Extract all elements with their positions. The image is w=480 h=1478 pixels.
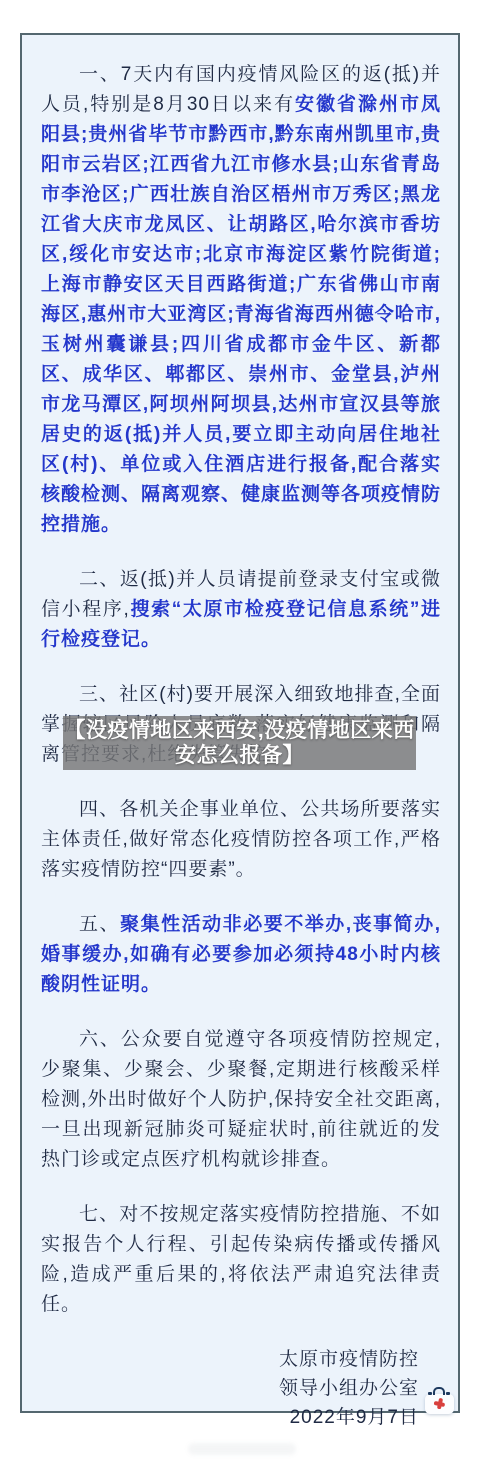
- signature-org-line2: 领导小组办公室: [41, 1374, 419, 1403]
- paragraph-7: 七、对不按规定落实疫情防控措施、不如实报告个人行程、引起传染病传播或传播风险,造…: [41, 1200, 441, 1320]
- signature-org-line1: 太原市疫情防控: [41, 1345, 419, 1374]
- red-cross-icon: [433, 1397, 446, 1410]
- signature-block: 太原市疫情防控 领导小组办公室 2022年9月7日: [41, 1345, 441, 1432]
- paragraph-2: 二、返(抵)并人员请提前登录支付宝或微信小程序,搜索“太原市检疫登记信息系统”进…: [41, 565, 441, 655]
- signature-date: 2022年9月7日: [41, 1403, 419, 1432]
- first-aid-kit-handle: [433, 1387, 445, 1395]
- paragraph-6-text: 六、公众要自觉遵守各项疫情防控规定,少聚集、少聚会、少聚餐,定期进行核酸采样检测…: [41, 1029, 441, 1170]
- caption-overlay: 【没疫情地区来西安,没疫情地区来西安怎么报备】: [63, 716, 416, 770]
- first-aid-kit-icon: [425, 1386, 455, 1414]
- paragraph-5: 五、聚集性活动非必要不举办,丧事简办,婚事缓办,如确有必要参加必须持48小时内核…: [41, 910, 441, 1000]
- caption-overlay-text: 【没疫情地区来西安,没疫情地区来西安怎么报备】: [63, 718, 416, 768]
- paragraph-4-text: 四、各机关企事业单位、公共场所要落实主体责任,做好常态化疫情防控各项工作,严格落…: [41, 799, 441, 880]
- paragraph-7-text: 七、对不按规定落实疫情防控措施、不如实报告个人行程、引起传染病传播或传播风险,造…: [41, 1204, 441, 1315]
- paragraph-1-highlight: 安徽省滁州市凤阳县;贵州省毕节市黔西市,黔东南州凯里市,贵阳市云岩区;江西省九江…: [41, 94, 441, 535]
- paragraph-5-text: 五、: [79, 914, 120, 935]
- paragraph-6: 六、公众要自觉遵守各项疫情防控规定,少聚集、少聚会、少聚餐,定期进行核酸采样检测…: [41, 1025, 441, 1175]
- paragraph-4: 四、各机关企事业单位、公共场所要落实主体责任,做好常态化疫情防控各项工作,严格落…: [41, 795, 441, 885]
- paragraph-1: 一、7天内有国内疫情风险区的返(抵)并人员,特别是8月30日以来有安徽省滁州市凤…: [41, 60, 441, 540]
- faint-watermark: [188, 1443, 296, 1455]
